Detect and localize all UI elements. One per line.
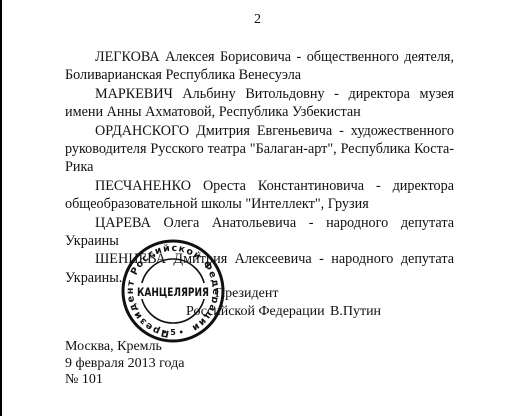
awardee-surname: МАРКЕВИЧ — [95, 86, 173, 102]
document-footer: Москва, Кремль 9 февраля 2013 года № 101 — [65, 339, 185, 389]
stamp-center-text: КАНЦЕЛЯРИЯ — [137, 285, 209, 299]
awardee-paragraph: ЛЕГКОВА Алексея Борисовича - общественно… — [65, 48, 454, 85]
signature-name: В.Путин — [330, 303, 381, 321]
stamp-number: • 5 • — [162, 328, 183, 337]
page-left-border — [0, 0, 2, 416]
page-number: 2 — [0, 12, 515, 28]
awardee-paragraph: ПЕСЧАНЕНКО Ореста Константиновича - дире… — [65, 177, 454, 214]
awardee-surname: ПЕСЧАНЕНКО — [95, 178, 191, 194]
chancellery-stamp-icon: Президент Российской Федерации • 5 • КАН… — [121, 239, 225, 343]
awardee-surname: ЛЕГКОВА — [95, 49, 160, 65]
decree-number: № 101 — [65, 372, 185, 389]
awardee-paragraph: ОРДАНСКОГО Дмитрия Евгеньевича - художес… — [65, 122, 454, 177]
signing-date: 9 февраля 2013 года — [65, 356, 185, 373]
awardee-surname: ОРДАНСКОГО — [95, 123, 189, 139]
signing-place: Москва, Кремль — [65, 339, 185, 356]
awardee-paragraph: МАРКЕВИЧ Альбину Витольдовну - директора… — [65, 85, 454, 122]
awardee-surname: ЦАРЕВА — [95, 215, 151, 231]
